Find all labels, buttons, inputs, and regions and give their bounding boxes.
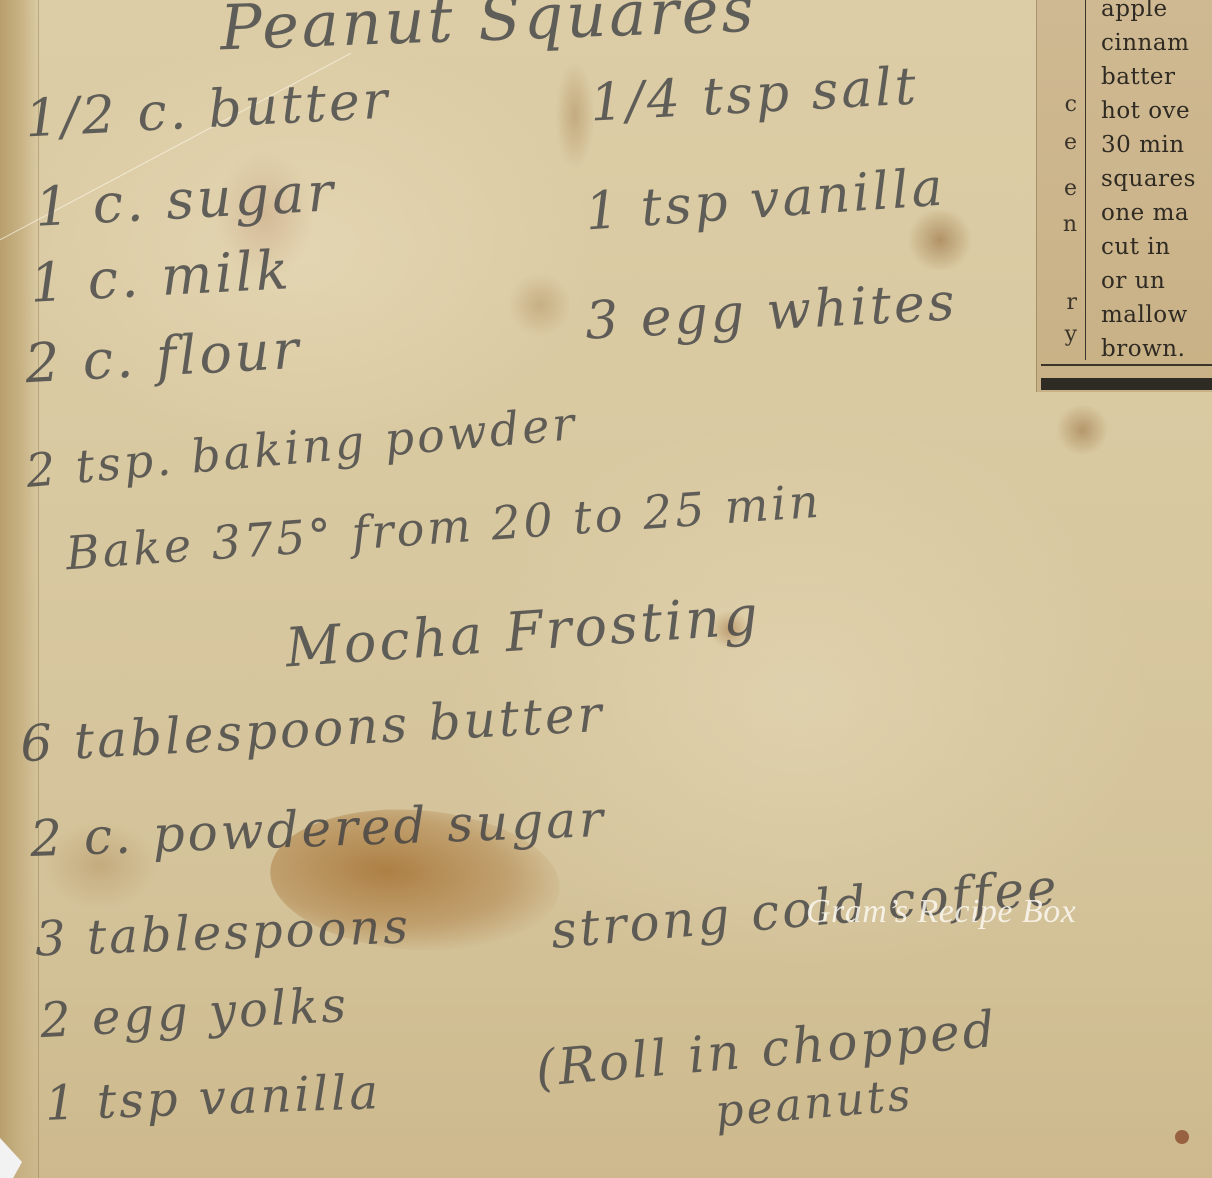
clipping-line: one ma [1101,196,1196,230]
ingredient-line: 1/4 tsp salt [589,56,921,133]
clipping-line: cinnam [1101,26,1196,60]
clipping-line: mallow [1101,298,1196,332]
clipping-line: 30 min [1101,128,1196,162]
clipping-letter: c [1065,92,1077,117]
clipping-letter: e [1064,176,1077,201]
watermark: Gram’s Recipe Box [806,893,1076,931]
clipping-line: hot ove [1101,94,1196,128]
frosting-title: Mocha Frosting [283,583,762,679]
clipping-line: brown. [1101,332,1196,366]
bake-instruction: Bake 375° from 20 to 25 min [64,474,823,581]
clipping-letter: y [1065,322,1077,347]
clipping-line: or un [1101,264,1196,298]
clipping-text: apple cinnam batter hot ove 30 min squar… [1101,0,1196,366]
ingredient-line: 2 c. flour [24,318,303,395]
clipping-letter: n [1063,212,1077,237]
clipping-line: batter [1101,60,1196,94]
stain-spot [510,270,570,340]
recipe-card: c e e n r y apple cinnam batter hot ove … [0,0,1212,1178]
frosting-ingredient-line: 3 tablespoons [34,898,412,967]
frosting-ingredient-line: 1 tsp vanilla [44,1064,382,1132]
ingredient-line: 1 c. sugar [34,160,338,239]
clipping-letter: e [1064,130,1077,155]
ingredient-line: 2 tsp. baking powder [24,396,580,498]
frosting-ingredient-line: 2 egg yolks [39,977,351,1049]
clipping-line: cut in [1101,230,1196,264]
newspaper-clipping: c e e n r y apple cinnam batter hot ove … [1036,0,1212,392]
frosting-ingredient-line: 2 c. powdered sugar [29,790,607,868]
clipping-letter: r [1066,290,1077,315]
clipping-line: squares [1101,162,1196,196]
clipping-line: apple [1101,0,1196,26]
clipping-rule-thick [1041,378,1212,390]
stain-spot [1175,1130,1189,1144]
clipping-rule [1041,364,1212,366]
clipping-left-column: c e e n r y [1037,0,1086,360]
ingredient-line: 1/2 c. butter [24,70,392,149]
stain-spot [1055,405,1110,455]
ingredient-line: 1 tsp vanilla [583,157,947,242]
ingredient-line: 3 egg whites [584,272,959,351]
frosting-ingredient-line: 6 tablespoons butter [19,685,606,774]
ingredient-line: 1 c. milk [29,238,294,315]
recipe-title: Peanut Squares [219,0,758,64]
